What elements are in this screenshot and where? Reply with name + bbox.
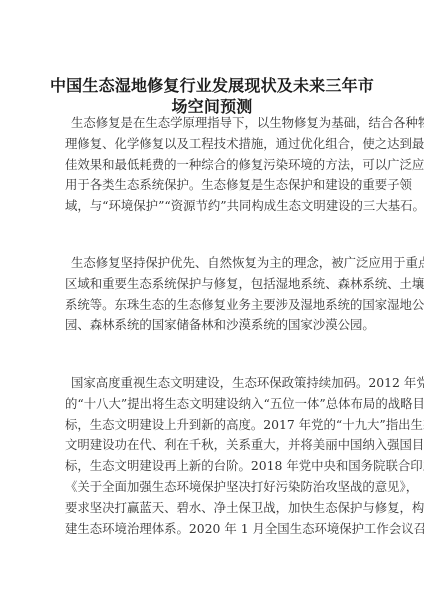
paragraph-restoration-principles: 生态修复坚持保护优先、自然恢复为主的理念，被广泛应用于重点 区域和重要生态系统保… (65, 253, 365, 336)
document-page: 中国生态湿地修复行业发展现状及未来三年市 场空间预测 生态修复是在生态学原理指导… (0, 0, 424, 600)
paragraph-line: 园、森林系统的国家储备林和沙漠系统的国家沙漠公园。 (65, 315, 365, 336)
paragraph-line: 用于各类生态系统保护。生态修复是生态保护和建设的重要子领 (65, 175, 365, 196)
paragraph-line: 国家高度重视生态文明建设，生态环保政策持续加码。2012 年党 (65, 373, 365, 394)
paragraph-line: 理修复、化学修复以及工程技术措施，通过优化组合，使之达到最 (65, 134, 365, 155)
paragraph-line: 标，生态文明建设上升到新的高度。2017 年党的“十九大”指出生态 (65, 415, 365, 436)
paragraph-line: 生态修复是在生态学原理指导下，以生物修复为基础，结合各种物 (65, 113, 365, 134)
paragraph-line: 《关于全面加强生态环境保护坚决打好污染防治攻坚战的意见》， (65, 477, 365, 498)
paragraph-line: 的“十八大”提出将生态文明建设纳入“五位一体”总体布局的战略目 (65, 394, 365, 415)
paragraph-line: 佳效果和最低耗费的一种综合的修复污染环境的方法，可以广泛应 (65, 155, 365, 176)
paragraph-line: 区域和重要生态系统保护与修复，包括湿地系统、森林系统、土壤 (65, 274, 365, 295)
paragraph-line: 系统等。东珠生态的生态修复业务主要涉及湿地系统的国家湿地公 (65, 295, 365, 316)
paragraph-line: 文明建设功在代、利在千秋，关系重大，并将美丽中国纳入强国目 (65, 435, 365, 456)
paragraph-line: 标，生态文明建设再上新的台阶。2018 年党中央和国务院联合印发 (65, 456, 365, 477)
paragraph-line: 生态修复坚持保护优先、自然恢复为主的理念，被广泛应用于重点 (65, 253, 365, 274)
paragraph-line: 域，与“环境保护”“资源节约”共同构成生态文明建设的三大基石。 (65, 196, 365, 217)
document-title: 中国生态湿地修复行业发展现状及未来三年市 场空间预测 (0, 75, 424, 117)
title-line-1: 中国生态湿地修复行业发展现状及未来三年市 (0, 75, 424, 96)
paragraph-ecological-restoration-definition: 生态修复是在生态学原理指导下，以生物修复为基础，结合各种物 理修复、化学修复以及… (65, 113, 365, 217)
paragraph-national-policy: 国家高度重视生态文明建设，生态环保政策持续加码。2012 年党 的“十八大”提出… (65, 373, 365, 539)
paragraph-line: 要求坚决打赢蓝天、碧水、净土保卫战，加快生态保护与修复，构 (65, 498, 365, 519)
paragraph-line: 建生态环境治理体系。2020 年 1 月全国生态环境保护工作会议召 (65, 519, 365, 540)
